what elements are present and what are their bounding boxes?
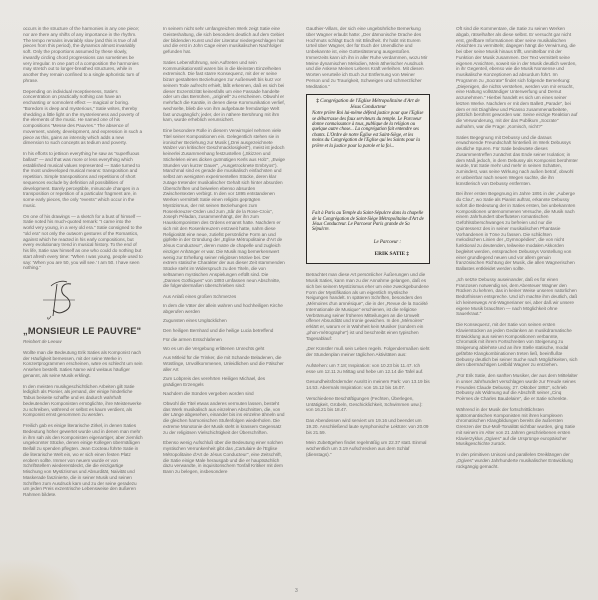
paragraph: Bei ihrer ersten Begegnung im Jahre 1891… (456, 191, 578, 272)
list-item: Wo es um die Vergebung erlittenen Unrech… (163, 346, 285, 352)
paragraph: In den primitiven Unisoni und parallelen… (456, 452, 578, 469)
paragraph: occurs in the structure of the harmonies… (23, 26, 143, 84)
paragraph: In his efforts to jettison everything he… (23, 151, 143, 209)
list-item: Aus Mitleid für die Trinker, die mit Sch… (163, 355, 285, 372)
list-item: In dem die Väter der allein wahren und h… (163, 303, 285, 315)
paragraph: Gesundheitsfördernder Ausritt in meinem … (306, 379, 430, 391)
list-item: Für die armen Entschlafenen (163, 337, 285, 343)
es-monogram-logo (23, 276, 143, 322)
manuscript-body: Fait à Paris au Temple du Saint-Sépulcre… (312, 211, 424, 233)
manuscript-signature: ERIK SATIE ‡ (375, 252, 409, 258)
document-page: occurs in the structure of the harmonies… (0, 0, 598, 600)
paragraph: Während in der Musik der fortschrittlich… (456, 407, 578, 447)
titles-list: Aus Anlaß eines großen Schmerzes In dem … (163, 294, 285, 397)
paragraph: „Für Erik Satie, den sanften Musiker, de… (456, 373, 578, 402)
paragraph: Gauthier-Villars, der sich eine ungebühr… (306, 26, 430, 89)
column-3: Gauthier-Villars, der sich eine ungebühr… (306, 26, 430, 463)
paragraph: Die Konsequenz, mit der Satie von seinen… (456, 322, 578, 368)
paragraph: Obwohl die Titel etwas anderes vermuten … (163, 401, 285, 436)
paragraph: Eine besondere Rolle in diesem Verwirrsp… (163, 128, 285, 289)
paragraph: On one of his drawings — a sketch for a … (23, 214, 143, 272)
paragraph: In den meisten musikgeschichtlichen Arbe… (23, 384, 143, 419)
paragraph: „Ich setzte Debussy auseinander, daß es … (456, 277, 578, 317)
list-item: Nachdem die Sünden vergeben worden sind (163, 391, 285, 397)
author-byline: Reinbert de Leeuw (23, 339, 143, 345)
manuscript-body: Notre prière Roi lui-même défend justice… (312, 111, 424, 149)
paragraph: Aufstehen: um 7.18; Inspiration: von 10.… (306, 363, 430, 375)
manuscript-signature-role: Le Parcoeur : (374, 240, 401, 246)
manuscript-facsimile: ‡ Congrégation de l'Eglise Métropolitain… (306, 94, 430, 264)
paragraph: Oft sind die Kommentare, die Satie zu se… (456, 26, 578, 130)
paragraph: Wollte man die Bedeutung Erik Saties als… (23, 350, 143, 379)
paragraph: „Der Künstler muß sein Leben regeln. Fol… (306, 346, 430, 358)
paragraph: In seinem nicht sehr umfangreichen Werk … (163, 26, 285, 55)
list-item: Den heiligen Bernhard und die heilige Lu… (163, 328, 285, 334)
paragraph: Mein Zubettgehen findet regelmäßig um 22… (306, 440, 430, 457)
paragraph: Verschiedene Beschäftigungen (Fechten, Ü… (306, 396, 430, 413)
monogram-icon (33, 276, 93, 322)
column-4: Oft sind die Kommentare, die Satie zu se… (456, 26, 578, 474)
column-1: occurs in the structure of the harmonies… (23, 26, 143, 503)
page-number: 3 (295, 588, 298, 594)
paragraph: Depending on individual receptiveness, S… (23, 89, 143, 147)
article-heading: „MONSIEUR LE PAUVRE" (23, 326, 143, 337)
double-cross-icon: ‡ (405, 251, 409, 257)
paragraph: Betrachtet man diese Art persönlicher Äu… (306, 272, 430, 341)
paper-stain (0, 560, 80, 600)
manuscript-title: ‡ Congrégation de l'Eglise Métropolitain… (312, 99, 424, 110)
list-item: Zum Lobpreis des verehrten Heiligen Mich… (163, 376, 285, 388)
paragraph: Freilich gab es einige literarische Zirk… (23, 423, 143, 498)
list-item: Aus Anlaß eines großen Schmerzes (163, 294, 285, 300)
paragraph: Ebenso wenig Aufschluß über die Bedeutun… (163, 440, 285, 475)
paragraph: Das Abendessen wird serviert um 19.16 un… (306, 418, 430, 435)
list-item: Zugunsten eines Unglücklichen (163, 318, 285, 324)
column-2: In seinem nicht sehr umfangreichen Werk … (163, 26, 285, 480)
paragraph: Saties Begegnung mit Debussy und die dar… (456, 135, 578, 187)
paragraph: Saties Lebensführung, sein Auftreten und… (163, 60, 285, 123)
